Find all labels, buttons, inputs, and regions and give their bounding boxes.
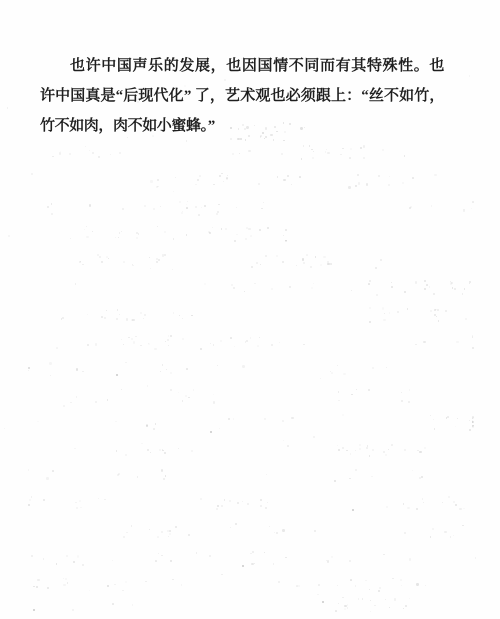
noise-speck — [155, 423, 157, 425]
noise-speck — [430, 536, 431, 537]
noise-speck — [49, 362, 51, 364]
noise-speck — [269, 526, 270, 527]
noise-speck — [409, 389, 410, 390]
noise-speck — [28, 367, 30, 369]
noise-speck — [254, 283, 256, 285]
noise-speck — [163, 478, 165, 480]
noise-speck — [196, 552, 198, 554]
noise-speck — [175, 526, 177, 528]
noise-speck — [28, 370, 29, 371]
noise-speck — [162, 450, 164, 452]
noise-speck — [136, 237, 138, 239]
noise-speck — [157, 536, 159, 538]
noise-speck — [334, 480, 335, 481]
noise-speck — [225, 228, 227, 230]
noise-speck — [179, 201, 180, 202]
paragraph-line-2: 许中国真是“后现代化” 了，艺术观也必须跟上：“丝不如竹， — [40, 81, 444, 111]
noise-speck — [278, 581, 280, 583]
noise-speck — [153, 208, 155, 210]
noise-speck — [161, 555, 162, 556]
noise-speck — [330, 263, 332, 265]
noise-speck — [123, 536, 125, 538]
noise-speck — [327, 263, 329, 265]
noise-speck — [121, 339, 122, 340]
noise-speck — [95, 343, 97, 345]
noise-speck — [197, 179, 199, 181]
noise-speck — [296, 585, 298, 587]
noise-speck — [160, 206, 161, 207]
noise-speck — [63, 405, 65, 407]
noise-speck — [263, 202, 264, 203]
noise-speck — [356, 389, 357, 390]
noise-speck — [285, 240, 287, 242]
noise-speck — [357, 174, 359, 176]
noise-speck — [75, 283, 76, 284]
noise-speck — [446, 417, 447, 418]
noise-speck — [472, 420, 473, 421]
noise-speck — [119, 232, 121, 234]
noise-speck — [131, 338, 133, 340]
noise-speck — [379, 587, 381, 589]
noise-speck — [463, 211, 465, 213]
noise-speck — [193, 389, 194, 390]
noise-speck — [432, 528, 434, 530]
noise-speck — [164, 452, 166, 454]
noise-speck — [301, 158, 303, 160]
noise-speck — [245, 238, 247, 240]
noise-speck — [346, 450, 348, 452]
noise-speck — [210, 431, 212, 433]
noise-speck — [159, 449, 161, 451]
noise-speck — [246, 227, 248, 229]
noise-speck — [31, 555, 32, 556]
noise-speck — [335, 610, 337, 612]
noise-speck — [401, 400, 403, 402]
noise-speck — [122, 590, 124, 592]
noise-speck — [217, 365, 219, 367]
noise-speck — [250, 553, 252, 555]
noise-speck — [221, 173, 222, 174]
noise-speck — [415, 344, 417, 346]
noise-speck — [404, 532, 406, 534]
noise-speck — [182, 400, 183, 401]
noise-speck — [430, 415, 431, 416]
noise-speck — [37, 421, 38, 422]
noise-speck — [200, 498, 202, 500]
noise-speck — [89, 590, 90, 591]
noise-speck — [384, 313, 386, 315]
noise-speck — [456, 341, 458, 343]
noise-speck — [244, 291, 245, 292]
noise-speck — [147, 449, 149, 451]
noise-speck — [426, 284, 428, 286]
noise-speck — [167, 530, 169, 532]
noise-speck — [47, 206, 49, 208]
noise-speck — [116, 318, 118, 320]
noise-speck — [126, 532, 127, 533]
noise-speck — [397, 311, 399, 313]
noise-speck — [326, 149, 327, 150]
noise-speck — [69, 153, 71, 155]
noise-speck — [79, 261, 81, 263]
noise-speck — [28, 504, 30, 506]
noise-speck — [132, 319, 134, 321]
noise-speck — [251, 266, 253, 268]
noise-speck — [63, 584, 65, 586]
noise-speck — [355, 185, 356, 186]
noise-speck — [431, 205, 433, 207]
noise-speck — [472, 421, 474, 423]
noise-speck — [179, 315, 180, 316]
noise-speck — [302, 258, 304, 260]
noise-speck — [369, 280, 371, 282]
noise-speck — [209, 555, 211, 557]
noise-speck — [350, 453, 351, 454]
noise-speck — [178, 448, 179, 449]
noise-speck — [276, 532, 278, 534]
noise-speck — [221, 228, 222, 229]
noise-speck — [191, 315, 193, 317]
noise-speck — [405, 605, 407, 607]
noise-speck — [251, 563, 253, 565]
noise-speck — [76, 507, 78, 509]
noise-speck — [463, 508, 464, 509]
noise-speck — [248, 150, 250, 152]
noise-speck — [291, 184, 292, 185]
noise-speck — [234, 240, 236, 242]
noise-speck — [408, 401, 410, 403]
noise-speck — [123, 344, 124, 345]
noise-speck — [117, 474, 119, 476]
noise-speck — [342, 148, 344, 150]
noise-speck — [229, 500, 231, 502]
noise-speck — [351, 394, 353, 396]
noise-speck — [114, 584, 116, 586]
noise-speck — [407, 308, 408, 309]
noise-speck — [344, 605, 346, 607]
noise-speck — [469, 420, 470, 421]
noise-speck — [472, 425, 474, 427]
noise-speck — [67, 582, 68, 583]
noise-speck — [56, 347, 58, 349]
noise-speck — [70, 238, 71, 239]
noise-speck — [363, 157, 365, 159]
noise-speck — [320, 378, 321, 379]
noise-speck — [107, 399, 108, 400]
noise-speck — [156, 258, 158, 260]
noise-speck — [291, 417, 293, 419]
noise-speck — [448, 496, 450, 498]
noise-speck — [442, 502, 444, 504]
scanned-page: 也许中国声乐的发展，也因国情不同而有其特殊性。也 许中国真是“后现代化” 了，艺… — [0, 0, 500, 619]
noise-speck — [287, 175, 289, 177]
noise-speck — [140, 312, 142, 314]
noise-speck — [199, 175, 201, 177]
noise-speck — [391, 282, 392, 283]
noise-speck — [285, 240, 286, 241]
noise-speck — [407, 507, 409, 509]
noise-speck — [61, 318, 62, 319]
noise-speck — [87, 314, 88, 315]
noise-speck — [75, 502, 77, 504]
noise-speck — [392, 578, 393, 579]
noise-speck — [283, 440, 284, 441]
noise-speck — [125, 362, 127, 364]
noise-speck — [77, 555, 79, 557]
noise-speck — [220, 340, 222, 342]
noise-speck — [258, 183, 260, 185]
noise-speck — [327, 152, 329, 154]
noise-speck — [342, 414, 344, 416]
noise-speck — [247, 503, 249, 505]
noise-speck — [455, 504, 457, 506]
noise-speck — [430, 310, 432, 312]
noise-speck — [169, 530, 171, 532]
noise-speck — [391, 286, 393, 288]
noise-speck — [116, 450, 117, 451]
noise-speck — [259, 337, 261, 339]
noise-speck — [8, 235, 10, 237]
noise-speck — [299, 176, 301, 178]
noise-speck — [436, 316, 437, 317]
noise-speck — [186, 368, 188, 370]
noise-speck — [388, 449, 390, 451]
noise-speck — [112, 603, 114, 605]
noise-speck — [472, 336, 473, 337]
noise-speck — [298, 585, 300, 587]
noise-speck — [170, 335, 172, 337]
noise-speck — [337, 365, 338, 366]
noise-speck — [158, 553, 159, 554]
noise-speck — [87, 344, 89, 346]
noise-speck — [317, 594, 319, 596]
noise-speck — [447, 416, 449, 418]
noise-speck — [85, 146, 86, 147]
noise-speck — [219, 428, 220, 429]
noise-speck — [227, 175, 228, 176]
noise-speck — [89, 204, 91, 206]
noise-speck — [158, 259, 160, 261]
noise-speck — [95, 401, 97, 403]
noise-speck — [277, 176, 278, 177]
body-paragraph: 也许中国声乐的发展，也因国情不同而有其特殊性。也 许中国真是“后现代化” 了，艺… — [40, 51, 444, 141]
noise-speck — [60, 151, 61, 152]
noise-speck — [217, 211, 219, 213]
noise-speck — [472, 201, 474, 203]
noise-speck — [97, 254, 99, 256]
noise-speck — [63, 578, 64, 579]
noise-speck — [56, 563, 58, 565]
noise-speck — [33, 586, 34, 587]
noise-speck — [355, 469, 357, 471]
noise-speck — [137, 476, 139, 478]
noise-speck — [366, 447, 368, 449]
noise-speck — [313, 436, 314, 437]
noise-speck — [224, 499, 225, 500]
noise-speck — [375, 267, 377, 269]
noise-speck — [454, 288, 456, 290]
noise-speck — [311, 287, 313, 289]
noise-speck — [342, 597, 343, 598]
noise-speck — [409, 598, 410, 599]
noise-speck — [453, 501, 455, 503]
noise-speck — [36, 586, 37, 587]
noise-speck — [450, 282, 452, 284]
noise-speck — [121, 389, 122, 390]
noise-speck — [391, 444, 393, 446]
noise-speck — [208, 231, 210, 233]
noise-speck — [424, 447, 426, 449]
noise-speck — [469, 75, 470, 76]
noise-speck — [350, 148, 352, 150]
noise-speck — [463, 209, 465, 211]
noise-speck — [162, 364, 164, 366]
noise-speck — [303, 344, 304, 345]
noise-speck — [221, 505, 223, 507]
noise-speck — [7, 107, 8, 108]
noise-speck — [358, 598, 359, 599]
noise-speck — [145, 581, 147, 583]
noise-speck — [98, 156, 99, 157]
noise-speck — [303, 145, 304, 146]
noise-speck — [242, 565, 244, 567]
noise-speck — [419, 451, 421, 453]
noise-speck — [450, 536, 452, 538]
noise-speck — [352, 509, 354, 511]
noise-speck — [167, 339, 169, 341]
noise-speck — [178, 392, 179, 393]
noise-speck — [347, 604, 348, 605]
noise-speck — [403, 503, 405, 505]
noise-speck — [469, 429, 471, 431]
noise-speck — [231, 284, 233, 286]
noise-speck — [433, 293, 435, 295]
noise-speck — [261, 208, 262, 209]
noise-speck — [191, 450, 193, 452]
noise-speck — [157, 226, 158, 227]
noise-speck — [338, 400, 340, 402]
noise-speck — [168, 536, 170, 538]
noise-speck — [70, 402, 72, 404]
noise-speck — [188, 397, 190, 399]
noise-speck — [173, 312, 174, 313]
noise-speck — [47, 587, 49, 589]
noise-speck — [348, 186, 350, 188]
noise-speck — [451, 282, 453, 284]
noise-speck — [349, 157, 351, 159]
noise-speck — [186, 207, 188, 209]
noise-speck — [410, 206, 412, 208]
noise-speck — [173, 191, 174, 192]
noise-speck — [376, 294, 378, 296]
noise-speck — [380, 259, 382, 261]
noise-speck — [218, 204, 219, 205]
noise-speck — [351, 290, 352, 291]
noise-speck — [259, 229, 261, 231]
noise-speck — [444, 531, 446, 533]
noise-speck — [400, 579, 402, 581]
noise-speck — [76, 368, 78, 370]
noise-speck — [33, 609, 35, 611]
noise-speck — [350, 579, 352, 581]
noise-speck — [140, 345, 141, 346]
noise-speck — [79, 500, 81, 502]
noise-speck — [309, 145, 310, 146]
noise-speck — [256, 262, 258, 264]
noise-speck — [154, 348, 156, 350]
noise-speck — [165, 475, 167, 477]
noise-speck — [372, 449, 374, 451]
noise-speck — [322, 601, 324, 603]
noise-speck — [168, 335, 170, 337]
noise-speck — [115, 421, 116, 422]
noise-speck — [370, 611, 371, 612]
noise-speck — [37, 579, 39, 581]
noise-speck — [62, 317, 64, 319]
noise-speck — [475, 557, 477, 559]
noise-speck — [363, 145, 365, 147]
noise-speck — [250, 235, 252, 237]
noise-speck — [355, 450, 356, 451]
noise-speck — [472, 426, 474, 428]
noise-speck — [132, 604, 133, 605]
noise-speck — [372, 367, 374, 369]
noise-speck — [204, 205, 206, 207]
noise-speck — [28, 367, 30, 369]
noise-speck — [210, 343, 212, 345]
noise-speck — [457, 418, 459, 420]
noise-speck — [234, 346, 235, 347]
noise-speck — [260, 499, 262, 501]
noise-speck — [43, 499, 45, 501]
noise-speck — [106, 256, 108, 258]
noise-speck — [394, 598, 396, 600]
noise-speck — [472, 416, 474, 418]
noise-speck — [66, 555, 68, 557]
noise-speck — [80, 507, 82, 509]
noise-speck — [472, 335, 473, 336]
noise-speck — [157, 179, 158, 180]
noise-speck — [365, 580, 367, 582]
noise-speck — [98, 498, 99, 499]
noise-speck — [435, 309, 436, 310]
noise-speck — [110, 154, 111, 155]
noise-speck — [200, 348, 202, 350]
noise-speck — [360, 147, 362, 149]
noise-speck — [161, 469, 163, 471]
noise-speck — [366, 183, 368, 185]
noise-speck — [416, 508, 418, 510]
noise-speck — [116, 374, 118, 376]
noise-speck — [80, 261, 81, 262]
noise-speck — [181, 212, 183, 214]
noise-speck — [337, 585, 338, 586]
noise-speck — [313, 283, 314, 284]
noise-speck — [404, 449, 406, 451]
noise-speck — [279, 342, 280, 343]
noise-speck — [310, 266, 312, 268]
noise-speck — [434, 428, 436, 430]
noise-speck — [274, 532, 275, 533]
noise-speck — [425, 585, 426, 586]
noise-speck — [338, 449, 340, 451]
noise-speck — [469, 283, 470, 284]
noise-speck — [471, 208, 472, 209]
noise-speck — [429, 286, 430, 287]
noise-speck — [313, 151, 314, 152]
noise-speck — [50, 375, 51, 376]
noise-speck — [101, 316, 103, 318]
